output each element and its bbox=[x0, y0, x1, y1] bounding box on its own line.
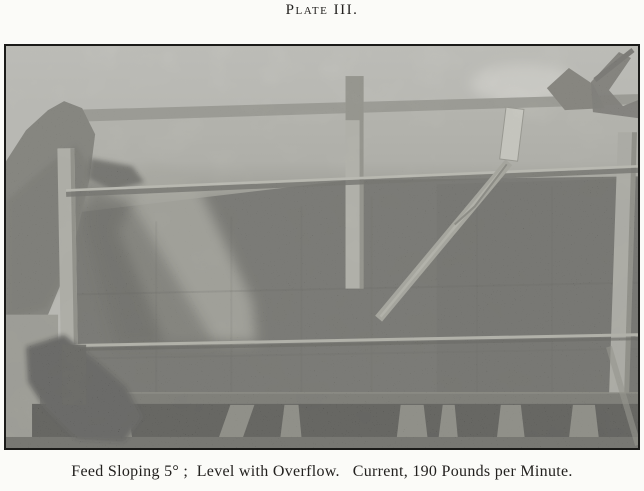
photograph-illustration bbox=[6, 46, 638, 448]
scanned-page: Plate III. bbox=[0, 0, 644, 491]
plate-caption: Feed Sloping 5° ; Level with Overflow. C… bbox=[0, 463, 644, 481]
halftone-grain bbox=[6, 46, 638, 448]
plate-photograph bbox=[4, 44, 640, 450]
plate-title: Plate III. bbox=[0, 2, 644, 19]
